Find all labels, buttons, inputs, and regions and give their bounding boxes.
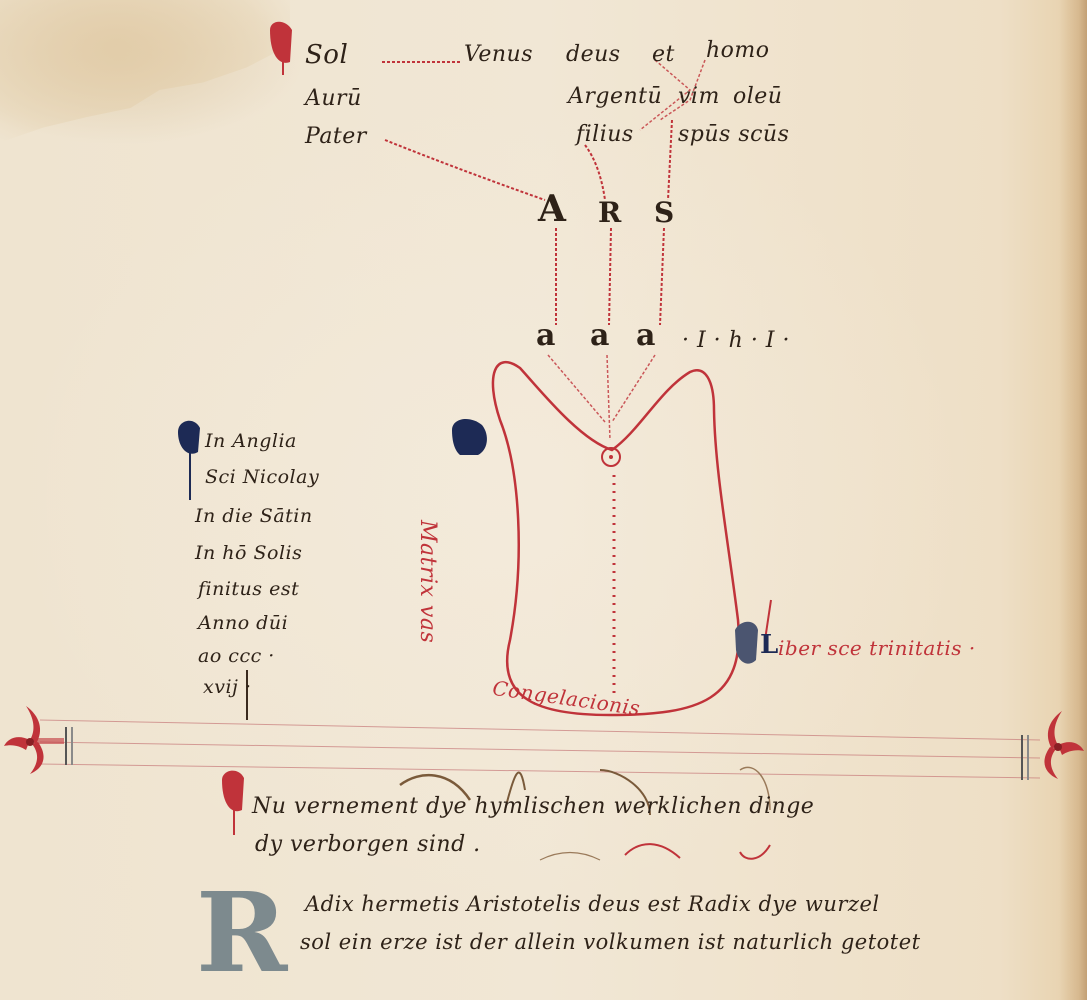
side-note-line: finitus est [198,578,299,600]
diagram-drawing [0,0,1087,1000]
initial-l: L [760,630,779,660]
initial-r-decorated: R [196,868,288,997]
fleur-de-lis-right [1044,711,1084,779]
side-note-line: In die Sātin [195,505,313,527]
word-filius: filius [576,122,634,147]
word-pater: Pater [305,124,367,149]
paragraph-2-line-2: sol ein erze ist der allein volkumen ist… [300,930,921,954]
letter-r: R [598,196,622,229]
word-aurum: Aurū [305,86,362,111]
word-oleum: oleū [733,84,782,109]
word-deus: deus [566,42,621,67]
side-note-line: In Anglia [205,430,297,452]
lower-a-3: a [636,318,656,353]
label-liber-trinitatis: iber sce trinitatis · [778,636,976,660]
paragraph-1-line-1: Nu vernement dye hymlischen werklichen d… [252,794,814,819]
lower-a-2: a [590,318,610,353]
word-sol: Sol [305,40,348,70]
side-note-line: Anno dūi [198,612,288,634]
label-matrix-vas: Matrix vas [415,520,440,643]
side-note-line: ao ccc · [198,645,275,667]
lower-a-1: a [536,318,556,353]
word-spiritus-sanctus: spūs scūs [678,122,789,147]
side-note-line: In hō Solis [195,542,302,564]
letter-a: A [538,188,566,230]
connector-spiritus-s [668,120,672,200]
word-homo: homo [706,38,770,63]
word-argentum: Argentū [568,84,662,109]
connector-filius-r [585,145,605,200]
side-note-line: Sci Nicolay [205,466,319,488]
word-venus: Venus [464,42,533,67]
word-et: et [652,42,675,67]
side-note-line: xvij · [203,676,252,698]
paragraph-2-line-1: Adix hermetis Aristotelis deus est Radix… [305,892,880,916]
manuscript-page: Sol Aurū Pater Venus deus et homo Argent… [0,0,1087,1000]
paragraph-1-line-2: dy verborgen sind . [255,832,481,857]
word-vinum: vim [678,84,720,109]
letter-s: S [654,196,675,229]
connector-pater-a [385,140,545,200]
ihs-monogram: · I · h · I · [682,328,790,353]
